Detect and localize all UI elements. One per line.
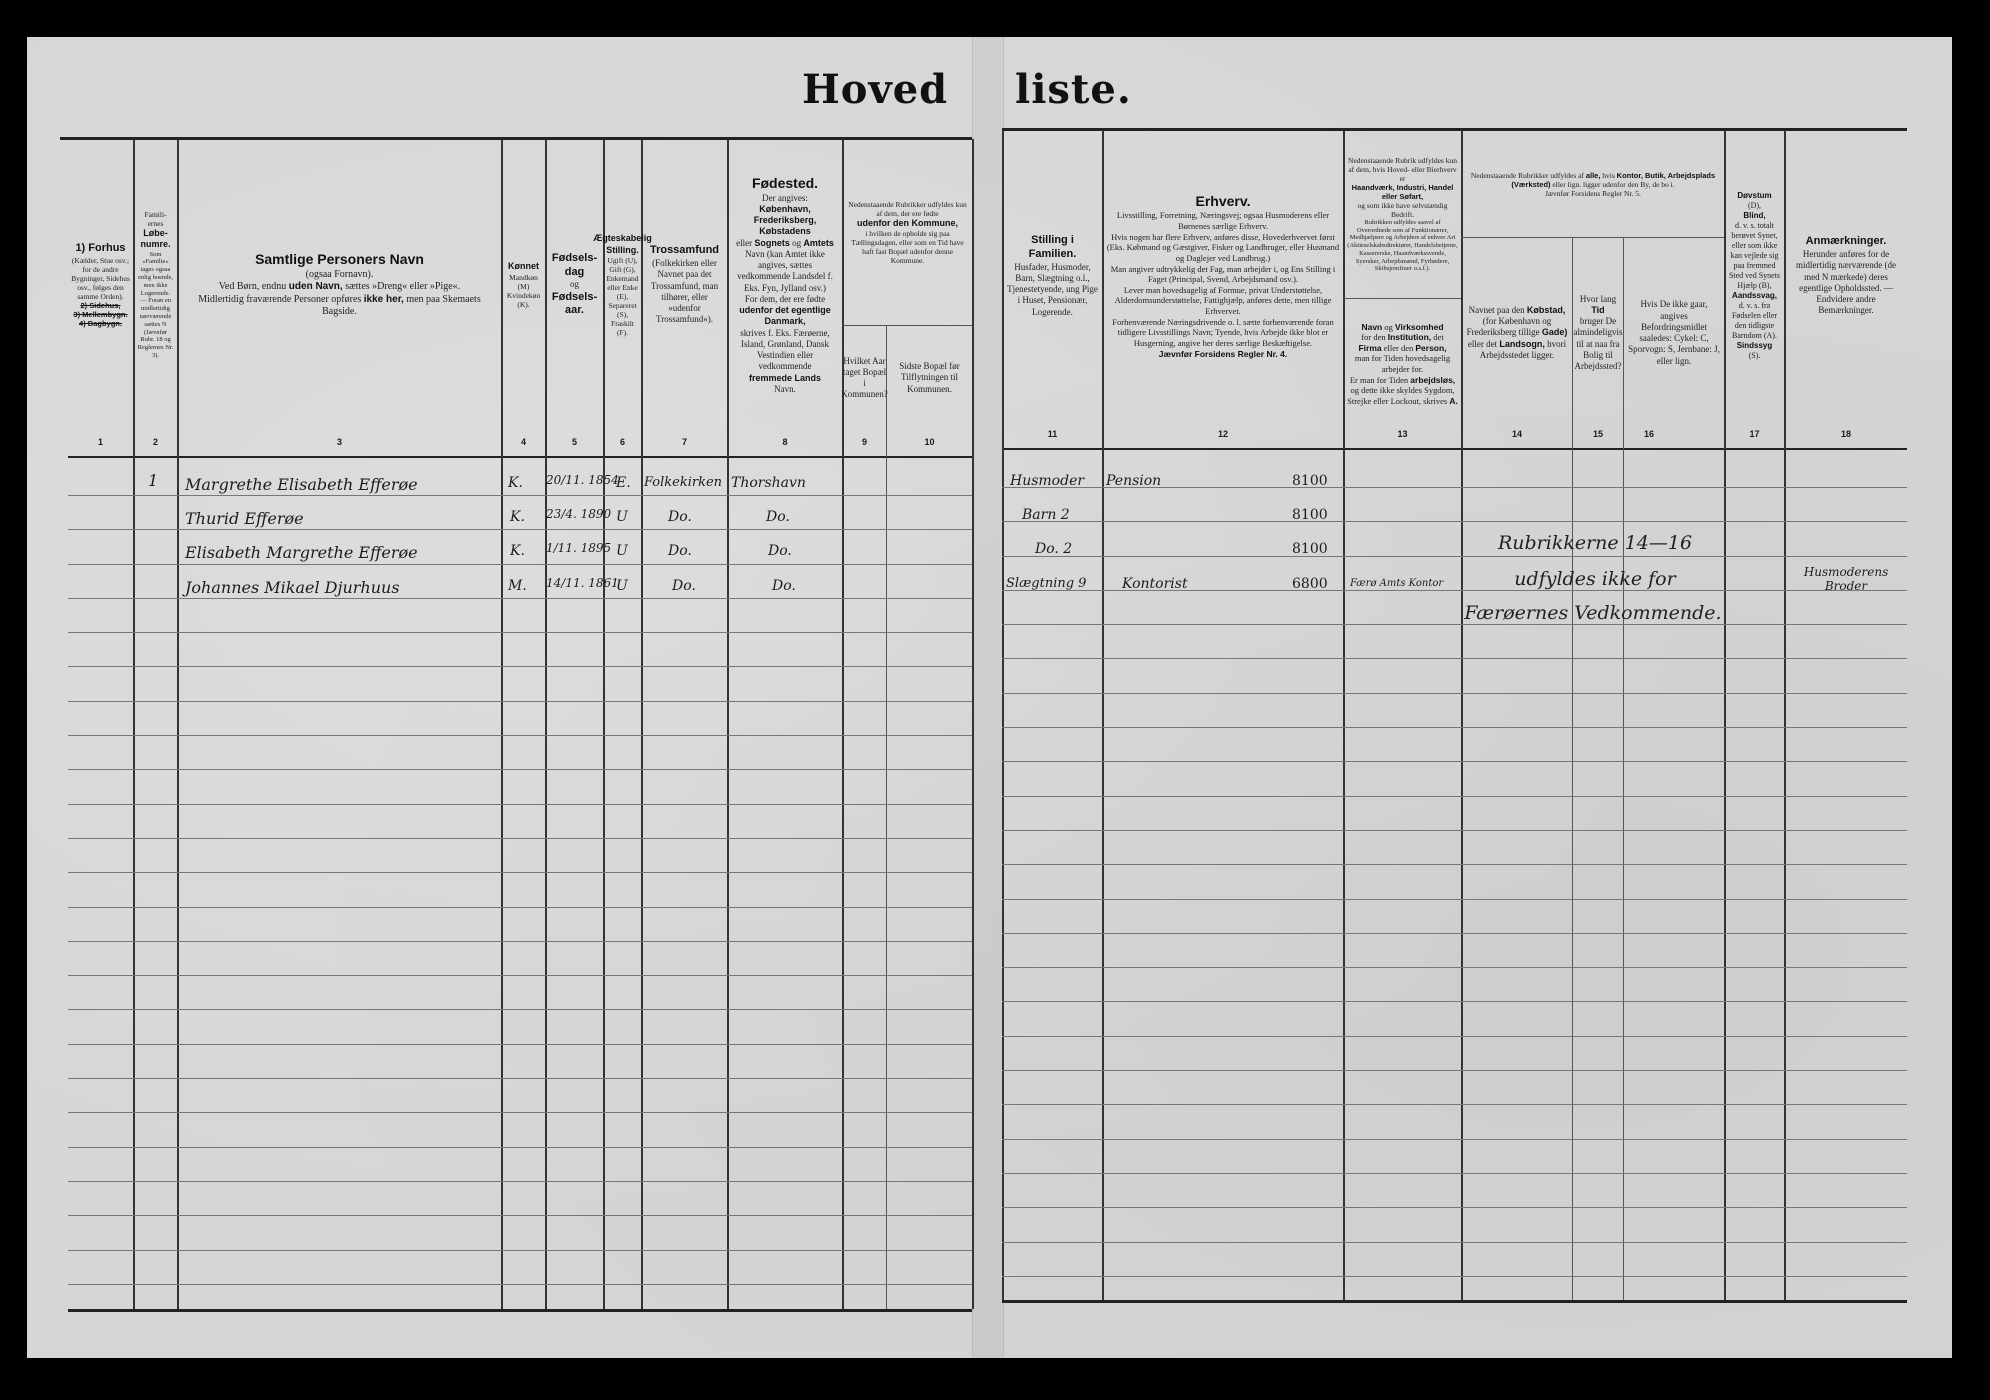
col-number: 12 xyxy=(1103,429,1343,439)
person-occupation: Kontorist xyxy=(1122,576,1188,592)
note-line: Færøernes Vedkommende. xyxy=(1462,602,1724,624)
row-rule xyxy=(68,1009,972,1010)
header-col18: Anmærkninger. Herunder anføres for de mi… xyxy=(1785,131,1907,421)
row-rule xyxy=(1002,1207,1907,1208)
row-rule xyxy=(68,495,972,496)
row-rule xyxy=(68,769,972,770)
row-rule xyxy=(1002,658,1907,659)
row-rule xyxy=(68,907,972,908)
row-rule xyxy=(1002,1036,1907,1037)
row-rule xyxy=(68,632,972,633)
person-name: Johannes Mikael Djurhuus xyxy=(185,578,400,597)
row-rule xyxy=(68,1284,972,1285)
row-rule xyxy=(1002,693,1907,694)
row-rule xyxy=(1002,1070,1907,1071)
family-number: 1 xyxy=(148,471,158,490)
person-sex: K. xyxy=(510,509,525,525)
row-rule xyxy=(68,975,972,976)
row-rule xyxy=(68,804,972,805)
header-col6: Ægteskabelig Stilling. Ugift (U), Gift (… xyxy=(604,140,641,430)
person-birth: 14/11. 1861 xyxy=(546,576,619,590)
person-birthplace: Do. xyxy=(766,509,790,525)
header-col3: Samtlige Personers Navn (ogsaa Fornavn).… xyxy=(178,140,501,430)
person-religion: Do. xyxy=(668,543,692,559)
header-col9-10-group: Nedenstaaende Rubrikker udfyldes kun af … xyxy=(843,140,972,325)
row-rule xyxy=(1002,1139,1907,1140)
col-number: 6 xyxy=(604,437,641,447)
header-col16: Hvis De ikke gaar, angives Befordringsmi… xyxy=(1624,238,1724,428)
person-occupation: Pension xyxy=(1106,473,1161,489)
row-rule xyxy=(68,598,972,599)
person-position: Husmoder xyxy=(1010,473,1084,489)
header-col7: Trossamfund (Folkekirken eller Navnet pa… xyxy=(642,140,727,430)
person-religion: Folkekirken xyxy=(644,475,722,490)
row-rule xyxy=(68,941,972,942)
header-col2: Famili-ernes Løbe-numre. Som »Familie« t… xyxy=(134,140,177,430)
person-remarks: Husmoderens Broder xyxy=(1787,565,1905,594)
person-position: Slægtning 9 xyxy=(1006,576,1086,591)
note-line: Rubrikkerne 14—16 xyxy=(1470,532,1720,554)
row-rule xyxy=(1002,1242,1907,1243)
person-amount: 8100 xyxy=(1292,541,1328,557)
header-col5: Fødsels-dag og Fødsels-aar. xyxy=(546,140,603,430)
person-birthplace: Thorshavn xyxy=(731,475,806,491)
person-birthplace: Do. xyxy=(772,578,796,594)
header-col12: Erhverv. Livsstilling, Forretning, Nærin… xyxy=(1103,131,1343,421)
row-rule xyxy=(68,1250,972,1251)
person-name: Thurid Efferøe xyxy=(185,509,304,528)
col-number: 16 xyxy=(1624,429,1674,439)
row-rule xyxy=(1002,1276,1907,1277)
person-name: Elisabeth Margrethe Efferøe xyxy=(185,543,418,562)
row-rule xyxy=(1002,521,1907,522)
col-number: 5 xyxy=(546,437,603,447)
col-number: 1 xyxy=(68,437,133,447)
row-rule xyxy=(68,735,972,736)
col-number: 3 xyxy=(178,437,501,447)
col-number: 11 xyxy=(1003,429,1102,439)
person-amount: 8100 xyxy=(1292,507,1328,523)
person-position: Do. 2 xyxy=(1035,541,1072,557)
bottom-rule-left xyxy=(68,1309,972,1312)
header-col15: Hvor lang Tid bruger De almindeligvis ti… xyxy=(1573,238,1623,428)
row-rule xyxy=(68,838,972,839)
row-rule xyxy=(1002,796,1907,797)
row-rule xyxy=(1002,556,1907,557)
row-rule xyxy=(1002,1104,1907,1105)
bottom-rule-right xyxy=(1002,1300,1907,1303)
row-rule xyxy=(1002,864,1907,865)
page-title-part2: liste. xyxy=(1015,66,1132,113)
col-number: 18 xyxy=(1785,429,1907,439)
person-birth: 20/11. 1854 xyxy=(546,473,619,487)
header-col13-top: Nedenstaaende Rubrik udfyldes kun af dem… xyxy=(1344,131,1461,298)
row-rule xyxy=(68,1044,972,1045)
row-rule xyxy=(68,1181,972,1182)
row-rule xyxy=(68,564,972,565)
page-fold xyxy=(972,37,1004,1358)
row-rule xyxy=(68,872,972,873)
person-employer: Færø Amts Kontor xyxy=(1350,578,1443,589)
col-number: 14 xyxy=(1462,429,1572,439)
header-col14: Navnet paa den Købstad, (for København o… xyxy=(1462,238,1572,428)
row-rule xyxy=(68,666,972,667)
header-col14-16-group: Nedenstaaende Rubrikker udfyldes af alle… xyxy=(1462,131,1724,237)
row-rule xyxy=(1002,1173,1907,1174)
row-rule xyxy=(1002,761,1907,762)
person-religion: Do. xyxy=(672,578,696,594)
header-col13: Navn og Virksomhed for den Institution, … xyxy=(1344,299,1461,429)
row-rule xyxy=(1002,624,1907,625)
person-amount: 8100 xyxy=(1292,473,1328,489)
person-sex: M. xyxy=(508,578,527,594)
header-col9: Hvilket Aar taget Bopæl i Kommunen? xyxy=(843,326,886,430)
header-col4: Kønnet Mandkøn (M) Kvindekøn (K). xyxy=(502,140,545,430)
person-amount: 6800 xyxy=(1292,576,1328,592)
row-rule xyxy=(68,1078,972,1079)
row-rule xyxy=(1002,899,1907,900)
row-rule xyxy=(1002,1001,1907,1002)
page-title-part1: Hoved xyxy=(802,66,948,113)
person-marital: U xyxy=(616,578,628,594)
person-name: Margrethe Elisabeth Efferøe xyxy=(185,475,418,494)
person-sex: K. xyxy=(508,475,523,491)
header-col10: Sidste Bopæl før Tilflytningen til Kommu… xyxy=(887,326,972,430)
header-col8: Fødested. Der angives: København, Freder… xyxy=(728,140,842,430)
col-number: 4 xyxy=(502,437,545,447)
row-rule xyxy=(68,529,972,530)
col-number: 13 xyxy=(1344,429,1461,439)
person-birth: 23/4. 1890 xyxy=(546,507,611,521)
row-rule xyxy=(1002,830,1907,831)
person-position: Barn 2 xyxy=(1022,507,1070,523)
row-rule xyxy=(68,1215,972,1216)
person-marital: U xyxy=(616,543,628,559)
person-birth: 1/11. 1895 xyxy=(546,541,611,555)
col-number: 15 xyxy=(1573,429,1623,439)
col-divider xyxy=(886,325,887,1309)
person-sex: K. xyxy=(510,543,525,559)
col-number: 10 xyxy=(887,437,972,447)
header-col17: Døvstum (D), Blind, d. v. s. totalt berø… xyxy=(1725,131,1784,421)
row-rule xyxy=(1002,727,1907,728)
header-rule-left xyxy=(68,456,972,458)
person-marital: E. xyxy=(616,475,631,491)
col-divider xyxy=(972,139,974,1309)
row-rule xyxy=(1002,967,1907,968)
person-marital: U xyxy=(616,509,628,525)
row-rule xyxy=(68,701,972,702)
header-rule-right xyxy=(1002,448,1907,450)
col-number: 7 xyxy=(642,437,727,447)
person-religion: Do. xyxy=(668,509,692,525)
col-number: 9 xyxy=(843,437,886,447)
note-line: udfyldes ikke for xyxy=(1470,568,1720,590)
person-birthplace: Do. xyxy=(768,543,792,559)
col-number: 17 xyxy=(1725,429,1784,439)
row-rule xyxy=(68,1147,972,1148)
col-number: 2 xyxy=(134,437,177,447)
header-col1: 1) Forhus (Kælder, Stue osv.; for de and… xyxy=(68,140,133,430)
col-number: 8 xyxy=(728,437,842,447)
header-col11: Stilling i Familien. Husfader, Husmoder,… xyxy=(1003,131,1102,421)
row-rule xyxy=(68,1112,972,1113)
row-rule xyxy=(1002,933,1907,934)
